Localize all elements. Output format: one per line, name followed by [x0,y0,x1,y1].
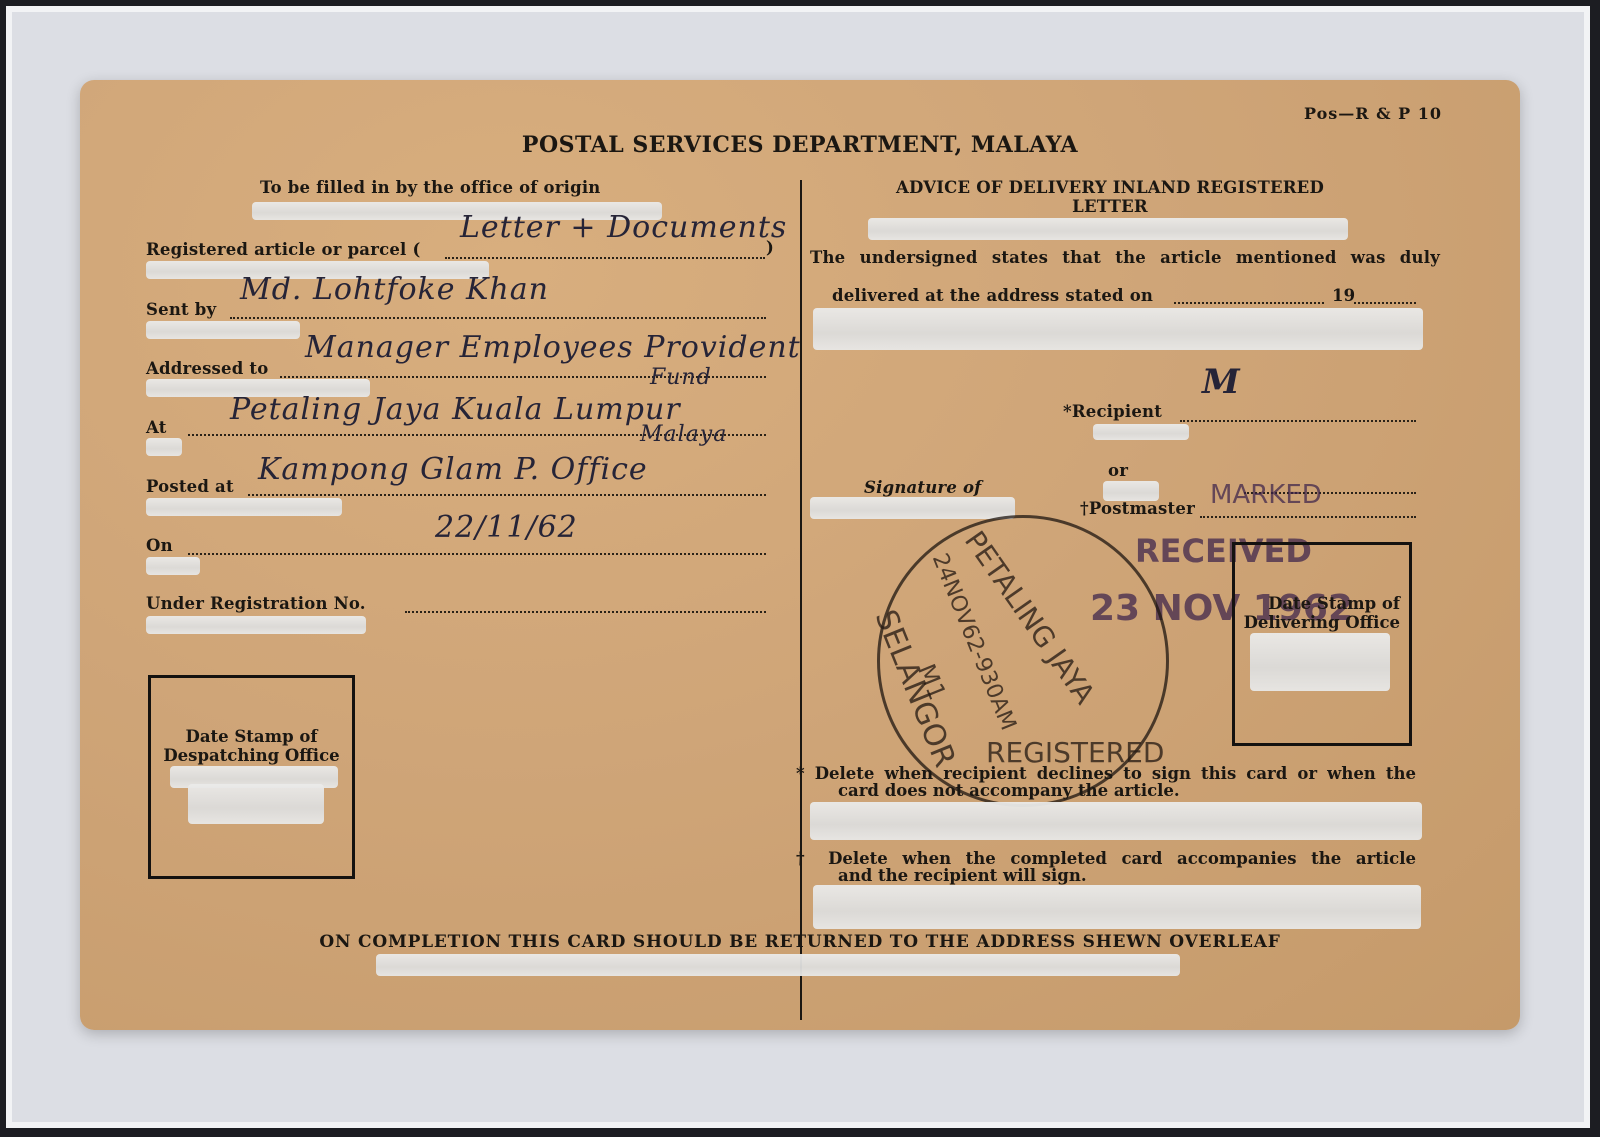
at-extra: Malaya [640,422,727,447]
redaction [146,438,182,456]
marked-stamp-text: MARKED [1210,480,1322,510]
registration-no-line[interactable] [405,611,766,613]
on-line[interactable] [188,553,766,555]
redaction [1250,633,1390,691]
registered-article-line[interactable] [445,257,765,259]
redaction [146,498,342,516]
on-value: 22/11/62 [435,510,578,545]
statement-line-2: delivered at the address stated on [832,286,1153,305]
right-heading-2: LETTER [820,197,1400,216]
addressed-to-extra: Fund [650,365,712,390]
redaction [1093,424,1189,440]
redaction [868,218,1348,240]
postmaster-label: †Postmaster [1080,499,1195,518]
redaction [188,784,324,824]
registration-no-label: Under Registration No. [146,594,366,613]
center-divider [800,180,802,1020]
redaction [813,308,1423,350]
posted-at-label: Posted at [146,477,234,496]
card-title: POSTAL SERVICES DEPARTMENT, MALAYA [80,132,1520,158]
redaction [146,557,200,575]
delivering-box-label-1: Date Stamp of [1232,595,1412,613]
redaction [1103,481,1159,501]
right-heading-1: ADVICE OF DELIVERY INLAND REGISTERED [820,178,1400,197]
sent-by-value: Md. Lohtfoke Khan [240,272,549,307]
redaction [810,802,1422,840]
sent-by-label: Sent by [146,300,216,319]
redaction [813,885,1421,929]
posted-at-value: Kampong Glam P. Office [258,452,648,487]
recipient-mark: M [1202,362,1241,402]
addressed-to-label: Addressed to [146,359,268,378]
despatching-box-label-2: Despatching Office [148,747,355,765]
signature-of-label: Signature of [864,478,981,497]
sent-by-line[interactable] [230,317,766,319]
at-label: At [146,418,167,437]
recipient-label: *Recipient [1063,402,1162,421]
at-value: Petaling Jaya Kuala Lumpur [230,392,681,427]
registered-article-value: Letter + Documents [460,210,787,245]
recipient-signature-line[interactable] [1180,420,1416,422]
form-code: Pos—R & P 10 [1304,104,1442,123]
or-label: or [1108,461,1128,480]
despatching-box-label-1: Date Stamp of [148,728,355,746]
advice-of-delivery-card: Pos—R & P 10 POSTAL SERVICES DEPARTMENT,… [80,80,1520,1030]
note-1-line-2: card does not accompany the article. [838,782,1180,800]
redaction [376,954,1180,976]
left-heading: To be filled in by the office of origin [260,178,601,197]
return-instruction: ON COMPLETION THIS CARD SHOULD BE RETURN… [80,932,1520,952]
redaction [146,321,300,339]
delivering-box-label-2: Delivering Office [1232,614,1412,632]
delivery-date-line[interactable] [1174,302,1324,304]
redaction [146,616,366,634]
postmaster-signature-line[interactable] [1200,516,1416,518]
on-label: On [146,536,173,555]
delivery-year-line[interactable] [1354,302,1416,304]
statement-year: 19 [1332,286,1355,305]
registered-article-label: Registered article or parcel ( [146,240,420,259]
statement-line-1: The undersigned states that the article … [810,248,1440,267]
addressed-to-value: Manager Employees Provident [305,330,801,365]
redaction [810,497,1015,519]
posted-at-line[interactable] [248,494,766,496]
note-2-line-2: and the recipient will sign. [838,867,1087,885]
